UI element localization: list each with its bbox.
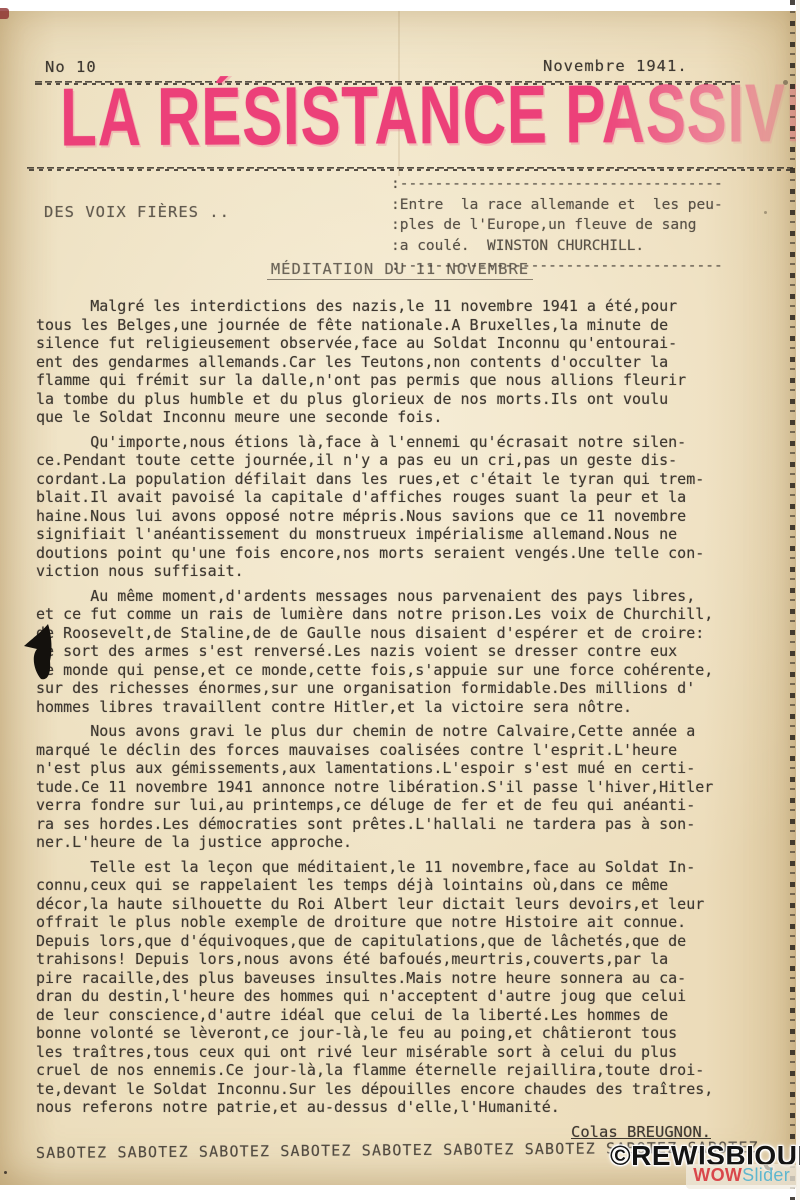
paper-stain (4, 1171, 7, 1174)
wowslider-slider-text: Slider (742, 1165, 790, 1185)
wowslider-wow-text: WOW (693, 1165, 742, 1185)
signature-name: Colas BREUGNON. (571, 1123, 711, 1141)
issue-date: Novembre 1941. (543, 57, 688, 75)
ink-blot (22, 623, 58, 685)
paragraph-4: Nous avons gravi le plus dur chemin de n… (36, 722, 773, 852)
paragraph-3: Au même moment,d'ardents messages nous p… (36, 587, 773, 717)
voices-caption: DES VOIX FIÈRES .. (44, 203, 230, 221)
scan-right-margin (796, 0, 800, 1200)
paper-sheet: No 10 Novembre 1941. LA RÉSISTANCE PASSI… (0, 11, 800, 1185)
wowslider-badge-link[interactable]: WOWSlider (686, 1164, 797, 1189)
edge-red-mark (0, 8, 9, 19)
title-dashed-rule (27, 167, 793, 171)
newspaper-title-stamp: LA RÉSISTANCE PASSIVE (60, 72, 800, 159)
article-body: Malgré les interdictions des nazis,le 11… (36, 297, 773, 1163)
paragraph-1: Malgré les interdictions des nazis,le 11… (36, 297, 773, 427)
article-heading: MÉDITATION DU 11 NOVEMBRE (0, 260, 800, 278)
article-heading-text: MÉDITATION DU 11 NOVEMBRE (267, 260, 533, 280)
scan-right-edge (790, 0, 795, 1200)
paragraph-2: Qu'importe,nous étions là,face à l'ennem… (36, 433, 773, 581)
scanned-document-page: No 10 Novembre 1941. LA RÉSISTANCE PASSI… (0, 0, 800, 1200)
paragraph-5: Telle est la leçon que méditaient,le 11 … (36, 858, 773, 1117)
issue-number: No 10 (45, 58, 97, 76)
